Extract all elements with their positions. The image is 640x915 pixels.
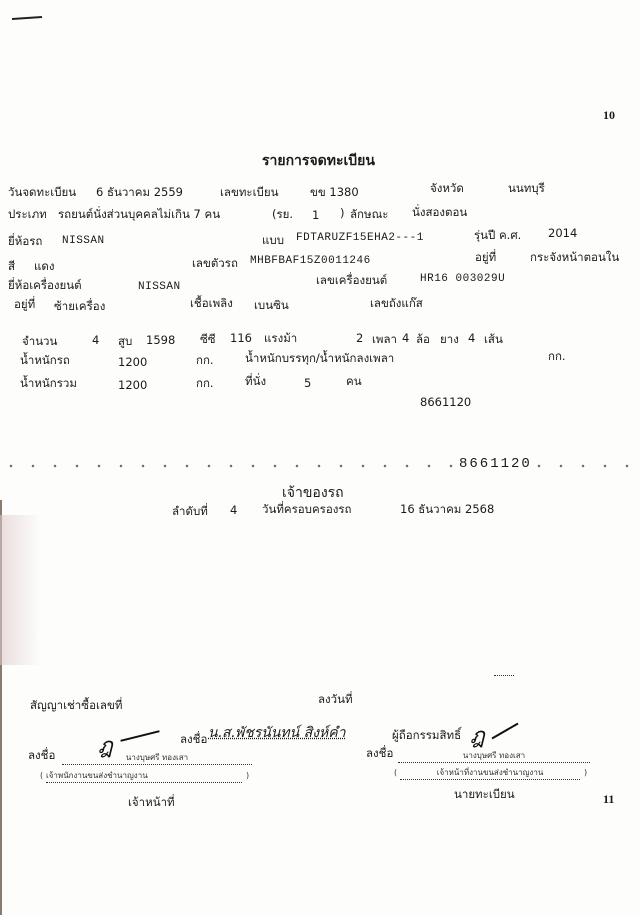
- gross-weight-label: น้ำหนักรวม: [20, 375, 77, 393]
- engine-location: ซ้ายเครื่อง: [54, 298, 105, 316]
- dot-mark: [494, 675, 514, 676]
- horsepower-label: แรงม้า: [264, 330, 297, 348]
- redacted-area: [0, 515, 40, 665]
- cc: 1598: [146, 333, 175, 347]
- year: 2014: [548, 226, 577, 240]
- officer-sign-label: ลงชื่อ: [28, 747, 55, 765]
- sign-date-label: ลงวันที่: [318, 691, 353, 709]
- fuel: เบนซิน: [254, 297, 289, 315]
- registrar-position-close: ): [584, 768, 587, 777]
- possession-label: วันที่ครอบครองรถ: [262, 501, 352, 519]
- chassis-label: เลขตัวรถ: [192, 255, 238, 273]
- officer-position-open: (: [40, 771, 43, 780]
- registrar-title: นายทะเบียน: [454, 786, 515, 804]
- weight-label: น้ำหนักรถ: [20, 352, 70, 370]
- year-label: รุ่นปี ค.ศ.: [474, 227, 521, 245]
- color-label: สี: [8, 258, 15, 276]
- plate-label: เลขทะเบียน: [220, 184, 278, 202]
- wheels-label: ล้อ: [416, 331, 430, 349]
- owner-role: ผู้ถือกรรมสิทธิ์: [392, 727, 461, 745]
- type-code: 1: [312, 208, 319, 222]
- model: FDTARUZF15EHA2---1: [296, 232, 424, 244]
- gas-tank-label: เลขถังแก๊ส: [370, 295, 423, 313]
- type-code-label: (รย.: [272, 206, 293, 224]
- officer-name: นางบุษศรี ทองเสา: [62, 751, 252, 765]
- reg-date: 6 ธันวาคม 2559: [96, 184, 183, 202]
- owner-signature-mark: ฎ: [470, 718, 485, 753]
- brand-label: ยี่ห้อรถ: [8, 233, 42, 251]
- province: นนทบุรี: [508, 180, 545, 198]
- brand: NISSAN: [62, 235, 105, 247]
- officer-position: เจ้าพนักงานขนส่งชำนาญงาน: [46, 769, 242, 783]
- officer-title: เจ้าหน้าที่: [128, 794, 175, 812]
- load-label: น้ำหนักบรรทุก/น้ำหนักลงเพลา: [245, 350, 394, 368]
- style: นั่งสองตอน: [412, 204, 467, 222]
- sequence-label: ลำดับที่: [172, 503, 208, 521]
- plate: ขข 1380: [310, 184, 359, 202]
- reg-date-label: วันจดทะเบียน: [8, 184, 76, 202]
- gross-unit: กก.: [196, 375, 214, 393]
- sequence: 4: [230, 503, 237, 517]
- pen-mark: [12, 16, 42, 20]
- officer-position-close: ): [246, 771, 249, 780]
- weight-unit: กก.: [196, 352, 214, 370]
- load-unit: กก.: [548, 348, 566, 366]
- engine-number: HR16 003029U: [420, 273, 505, 285]
- engine-no-label: เลขเครื่องยนต์: [316, 272, 387, 290]
- horsepower: 116: [230, 331, 252, 345]
- fuel-label: เชื้อเพลิง: [190, 295, 233, 313]
- vehicle-type: รถยนต์นั่งส่วนบุคคลไม่เกิน 7 คน: [58, 206, 220, 224]
- axles: 2: [356, 331, 363, 345]
- chassis-number: MHBFBAF15Z0011246: [250, 255, 371, 267]
- engine-brand-label: ยี่ห้อเครื่องยนต์: [8, 277, 82, 295]
- signature-stroke: [492, 723, 519, 740]
- type-label: ประเภท: [8, 206, 47, 224]
- dotted-code: 8661120: [455, 456, 536, 472]
- type-code-close: ): [340, 206, 345, 220]
- cylinders: 4: [92, 333, 99, 347]
- possession-date: 16 ธันวาคม 2568: [400, 501, 494, 519]
- wheels: 4: [402, 331, 409, 345]
- tires-label: ยาง: [440, 331, 459, 349]
- cylinders-label: จำนวน: [22, 333, 57, 351]
- page-number-bottom: 11: [603, 792, 614, 807]
- style-label: ลักษณะ: [350, 206, 388, 224]
- chassis-location-label: อยู่ที่: [475, 249, 496, 267]
- owner-signature-name: น.ส.พัชรนันทน์ สิงห์คำ: [208, 722, 346, 744]
- dotted-separator: [0, 462, 640, 470]
- color: แดง: [34, 258, 55, 276]
- province-label: จังหวัด: [430, 180, 464, 198]
- engine-brand: NISSAN: [138, 281, 181, 293]
- gross-weight: 1200: [118, 378, 147, 392]
- record-code: 8661120: [420, 395, 471, 409]
- cc-label: ซีซี: [200, 331, 216, 349]
- page-number-top: 10: [603, 108, 615, 123]
- registrar-position-open: (: [394, 768, 397, 777]
- seats-unit: คน: [346, 373, 362, 391]
- document-title: รายการจดทะเบียน: [262, 150, 375, 172]
- registrar-position: เจ้าหน้าที่งานขนส่งชำนาญงาน: [400, 766, 580, 780]
- owner-sign-label: ลงชื่อ: [180, 731, 207, 749]
- registrar-name: นางบุษศรี ทองเสา: [398, 749, 590, 763]
- tires-unit: เส้น: [484, 331, 503, 349]
- seats-label: ที่นั่ง: [245, 373, 266, 391]
- chassis-location: กระจังหน้าตอนใน: [530, 249, 619, 267]
- cylinders-unit: สูบ: [118, 333, 132, 351]
- axles-label: เพลา: [372, 331, 397, 349]
- seats: 5: [304, 376, 311, 390]
- contract-label: สัญญาเช่าซื้อเลขที่: [30, 697, 122, 715]
- model-label: แบบ: [262, 232, 284, 250]
- engine-location-label: อยู่ที่: [14, 296, 35, 314]
- registrar-sign-label: ลงชื่อ: [366, 745, 393, 763]
- tires: 4: [468, 331, 475, 345]
- weight: 1200: [118, 355, 147, 369]
- signature-stroke: [120, 730, 159, 742]
